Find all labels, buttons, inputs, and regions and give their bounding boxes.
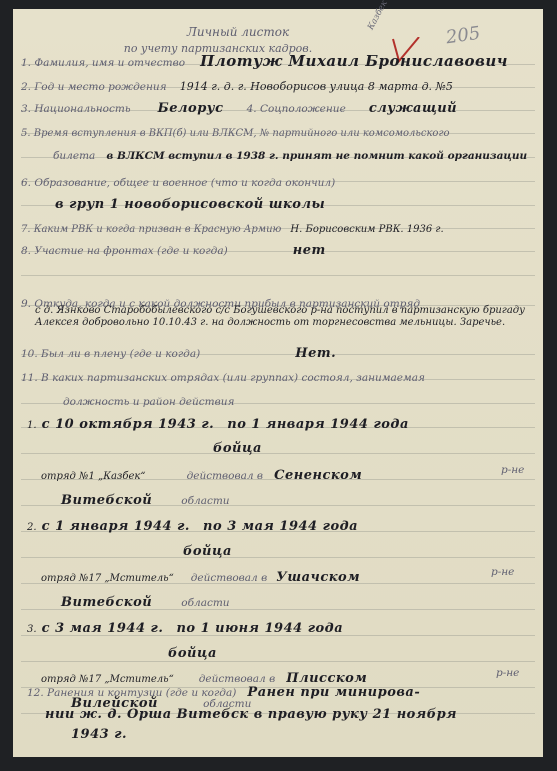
service-unit: отряд №1 „Казбек“ — [41, 471, 146, 482]
field-label-fronts: 8. Участие на фронтах (где и когда) — [21, 245, 228, 257]
service-to: по 1 января 1944 года — [227, 417, 409, 432]
service-district-suffix: р-не — [496, 667, 519, 679]
field-value-wounds-1: Ранен при минирова- — [247, 685, 420, 700]
field-value-nationality: Белорус — [158, 101, 224, 116]
field-value-education: в груп 1 новоборисовской школы — [55, 197, 325, 212]
service-unit: отряд №17 „Мститель“ — [41, 573, 174, 584]
service-to: по 3 мая 1944 года — [203, 519, 358, 534]
field-value-name: Плотуж Михаил Брониславович — [200, 52, 508, 70]
field-value-wounds-3: 1943 г. — [71, 727, 127, 742]
service-number: 1. — [27, 420, 37, 431]
field-label-nationality: 3. Национальность — [21, 103, 131, 115]
field-value-wounds-2: нии ж. д. Орша Витебск в правую руку 21 … — [45, 707, 457, 722]
field-value-captivity: Нет. — [295, 346, 336, 361]
field-label-units-cont: должность и район действия — [63, 396, 234, 408]
service-from: с 10 октября 1943 г. — [42, 417, 215, 432]
document-title: Личный листок — [0, 25, 503, 39]
field-label-birth: 2. Год и место рождения — [21, 81, 167, 93]
field-label-captivity: 10. Был ли в плену (где и когда) — [21, 348, 200, 360]
service-position: бойца — [168, 646, 217, 661]
service-acted-label: действовал в — [191, 572, 267, 584]
field-value-party: в ВЛКСМ вступил в 1938 г. принят не помн… — [106, 150, 527, 162]
field-label-party-cont: билета — [53, 150, 95, 162]
service-number: 2. — [27, 522, 37, 533]
service-district-suffix: р-не — [501, 464, 524, 476]
service-region-suffix: области — [181, 597, 229, 609]
service-region: Витебской — [61, 595, 152, 610]
field-value-draft: Н. Борисовским РВК. 1936 г. — [290, 224, 443, 235]
field-label-social: 4. Соцположение — [247, 103, 346, 115]
field-label-units: 11. В каких партизанских отрядах (или гр… — [21, 372, 425, 384]
service-number: 3. — [27, 624, 37, 635]
field-value-social: служащий — [369, 101, 457, 116]
service-from: с 3 мая 1944 г. — [42, 621, 164, 636]
service-to: по 1 июня 1944 года — [176, 621, 343, 636]
field-label-wounds: 12. Ранения и контузии (где и когда) — [27, 687, 236, 699]
service-acted-label: действовал в — [187, 470, 263, 482]
field-value-birth: 1914 г. д. г. Новоборисов улица 8 марта … — [180, 80, 453, 93]
field-value-fronts: нет — [293, 243, 326, 258]
service-position: бойца — [213, 441, 262, 456]
field-label-name: 1. Фамилия, имя и отчество — [21, 57, 185, 69]
service-from: с 1 января 1944 г. — [42, 519, 190, 534]
service-district: Ушачском — [276, 570, 360, 585]
service-region: Витебской — [61, 493, 152, 508]
field-label-draft: 7. Каким РВК и когда призван в Красную А… — [21, 224, 281, 235]
field-label-education: 6. Образование, общее и военное (что и к… — [21, 177, 335, 189]
service-region-suffix: области — [181, 495, 229, 507]
service-position: бойца — [183, 544, 232, 559]
personal-record-sheet: Личный листок по учету партизанских кадр… — [13, 9, 543, 757]
service-district: Сененском — [274, 468, 362, 483]
field-label-party: 5. Время вступления в ВКП(б) или ВЛКСМ, … — [21, 128, 450, 139]
field-value-arrival: с д. Язнково Старобобылевского с/с Богуш… — [35, 305, 535, 329]
service-district-suffix: р-не — [491, 566, 514, 578]
